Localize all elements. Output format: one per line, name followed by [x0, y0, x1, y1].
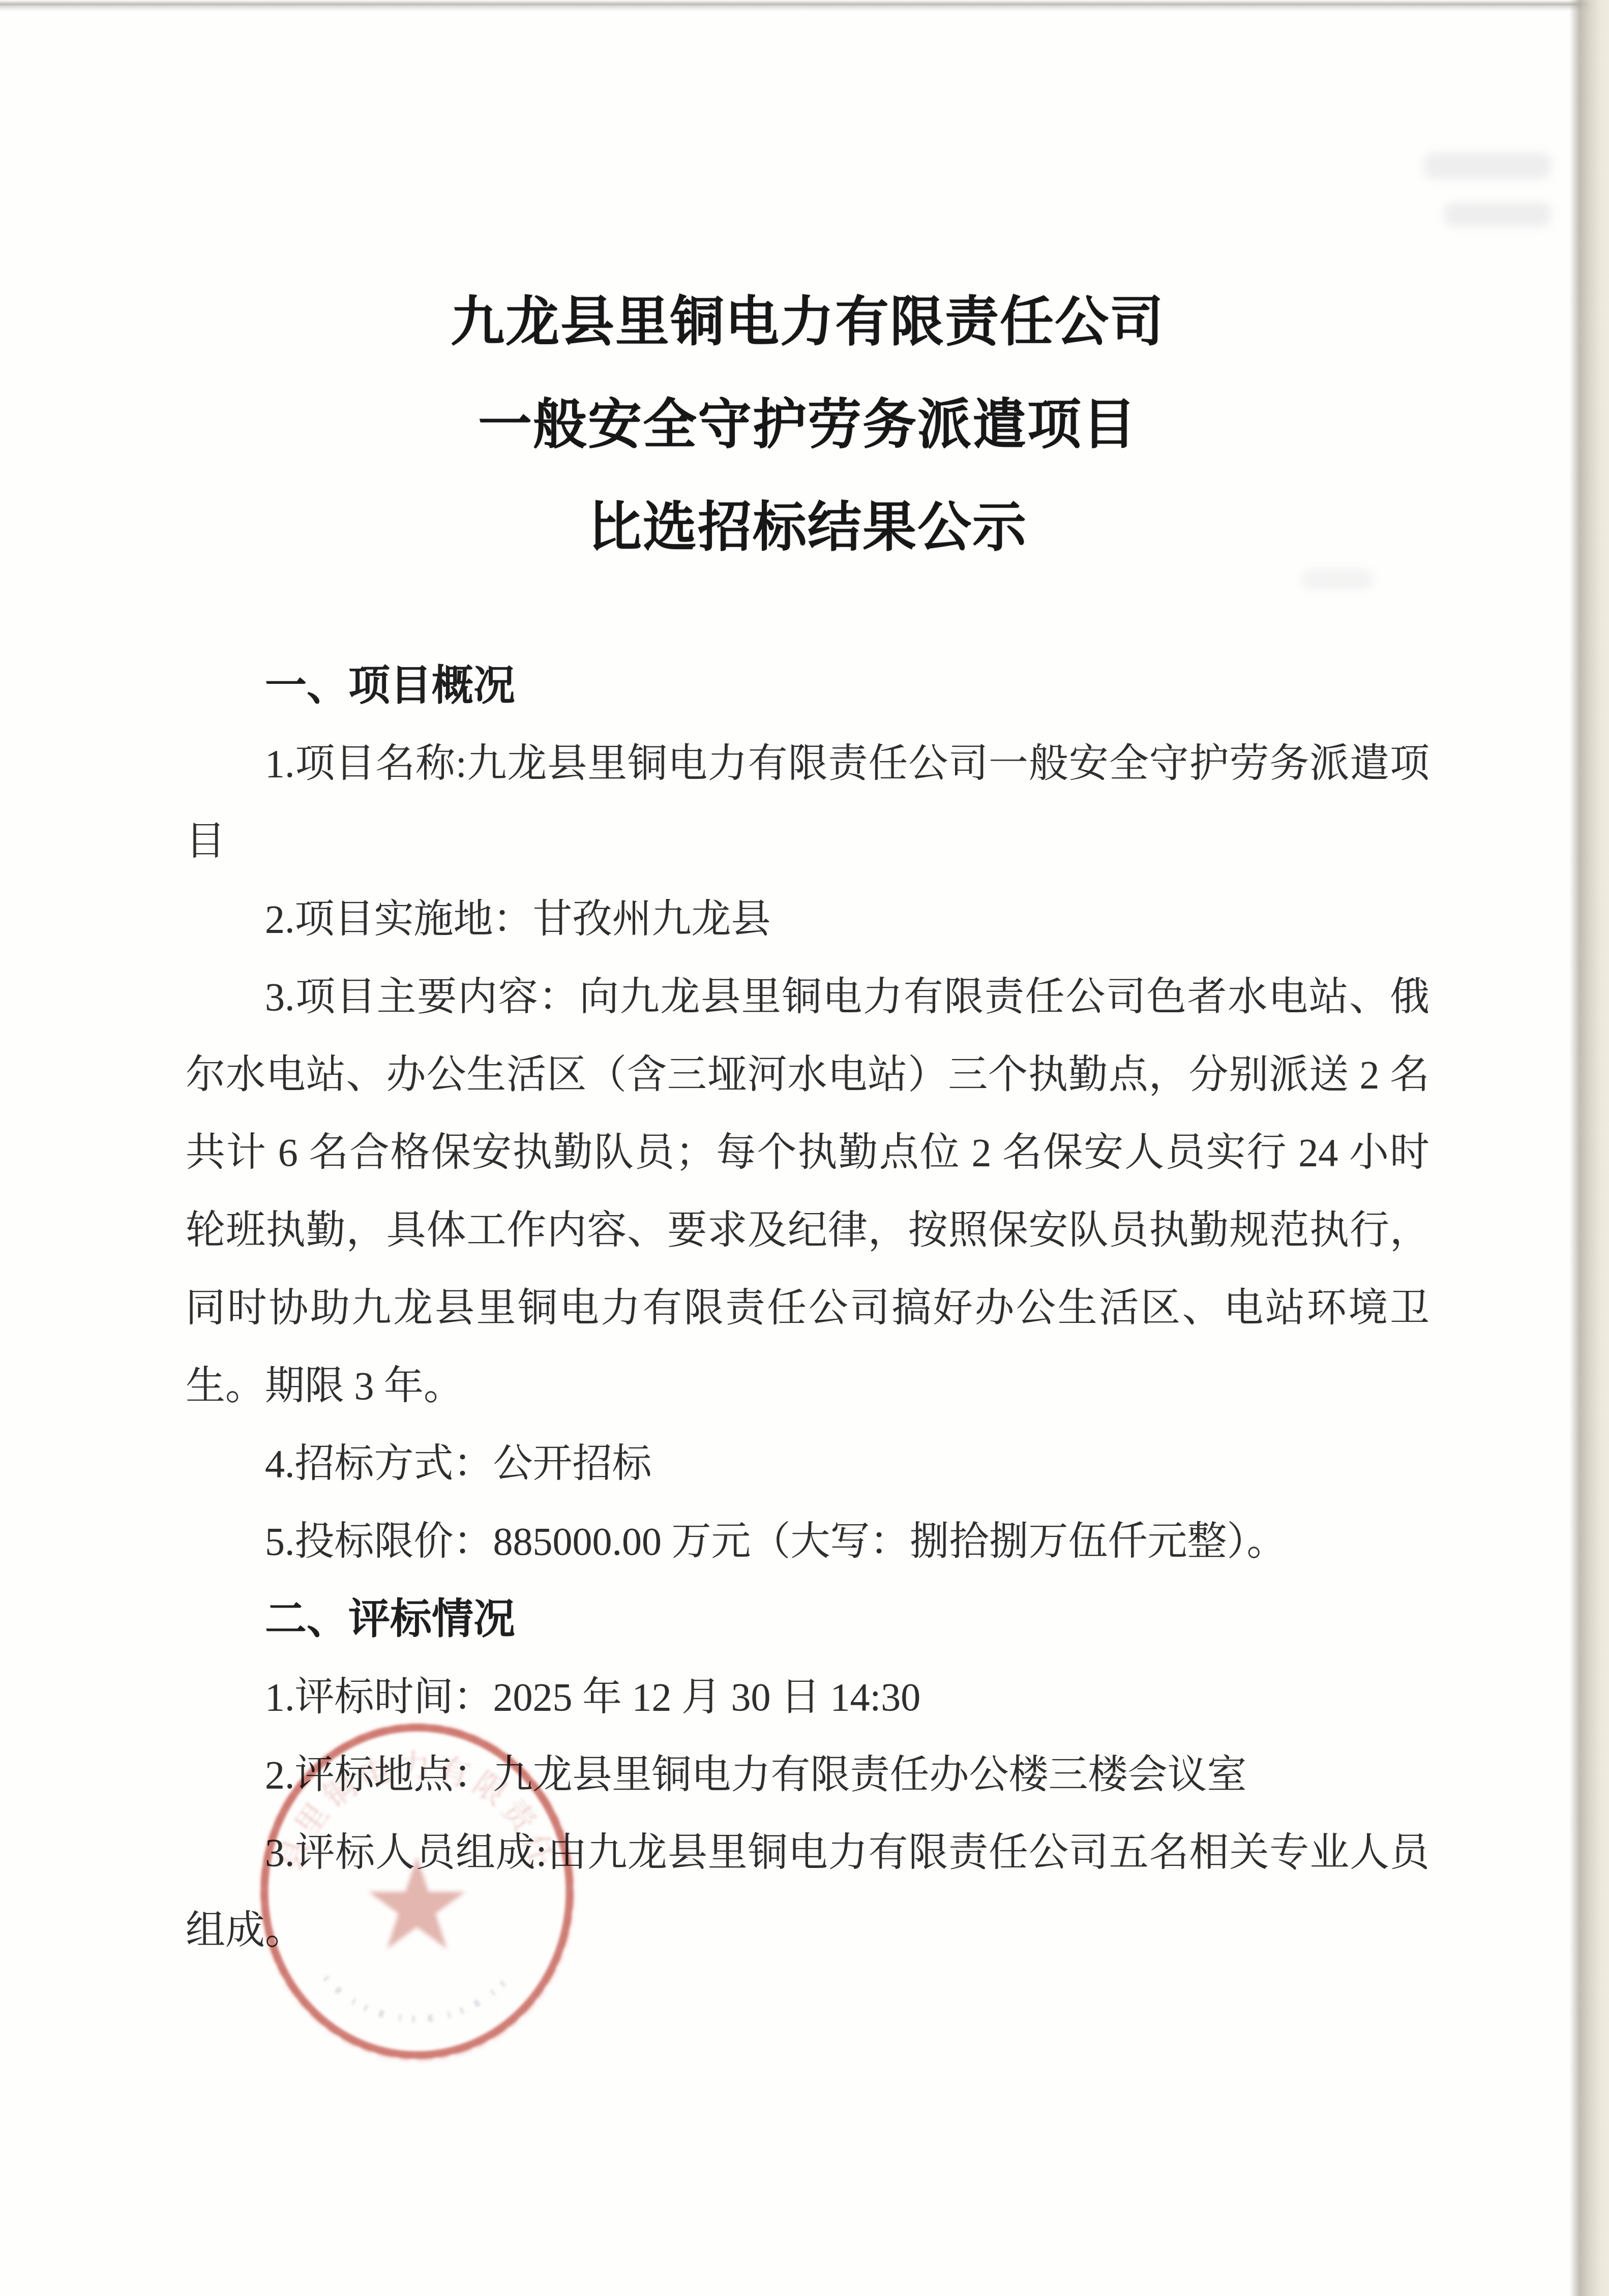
paragraph-bid-price-limit: 5.投标限价：885000.00 万元（大写：捌拾捌万伍仟元整）。 [186, 1502, 1429, 1580]
paragraph-evaluation-time: 1.评标时间：2025 年 12 月 30 日 14:30 [186, 1658, 1429, 1736]
paragraph-project-content: 3.项目主要内容：向九龙县里铜电力有限责任公司色者水电站、俄尔水电站、办公生活区… [186, 958, 1429, 1425]
paragraph-project-name: 1.项目名称:九龙县里铜电力有限责任公司一般安全守护劳务派遣项目 [186, 724, 1429, 880]
doc-title-line-2: 一般安全守护劳务派遣项目 [186, 373, 1429, 476]
scan-artifact [1424, 153, 1551, 179]
doc-title-line-3: 比选招标结果公示 [186, 476, 1429, 579]
seal-bottom-marks [325, 1978, 509, 2019]
paragraph-project-location: 2.项目实施地：甘孜州九龙县 [186, 880, 1429, 958]
paragraph-bid-method: 4.招标方式：公开招标 [186, 1425, 1429, 1502]
scan-top-edge [0, 0, 1609, 11]
section-heading-project-overview: 一、项目概况 [186, 647, 1429, 724]
document-body: 九龙县里铜电力有限责任公司 一般安全守护劳务派遣项目 比选招标结果公示 一、项目… [186, 270, 1429, 1969]
document-title: 九龙县里铜电力有限责任公司 一般安全守护劳务派遣项目 比选招标结果公示 [186, 270, 1429, 579]
scanned-document-page: 九龙县里铜电力有限责任公司 一般安全守护劳务派遣项目 比选招标结果公示 一、项目… [0, 0, 1609, 2296]
scan-page-right-edge [1569, 0, 1609, 2296]
section-heading-evaluation: 二、评标情况 [186, 1580, 1429, 1658]
scan-artifact [1444, 202, 1551, 227]
doc-title-line-1: 九龙县里铜电力有限责任公司 [186, 270, 1429, 373]
paragraph-evaluation-panel: 3.评标人员组成:由九龙县里铜电力有限责任公司五名相关专业人员组成。 [186, 1814, 1429, 1969]
paragraph-evaluation-place: 2.评标地点：九龙县里铜电力有限责任办公楼三楼会议室 [186, 1736, 1429, 1814]
